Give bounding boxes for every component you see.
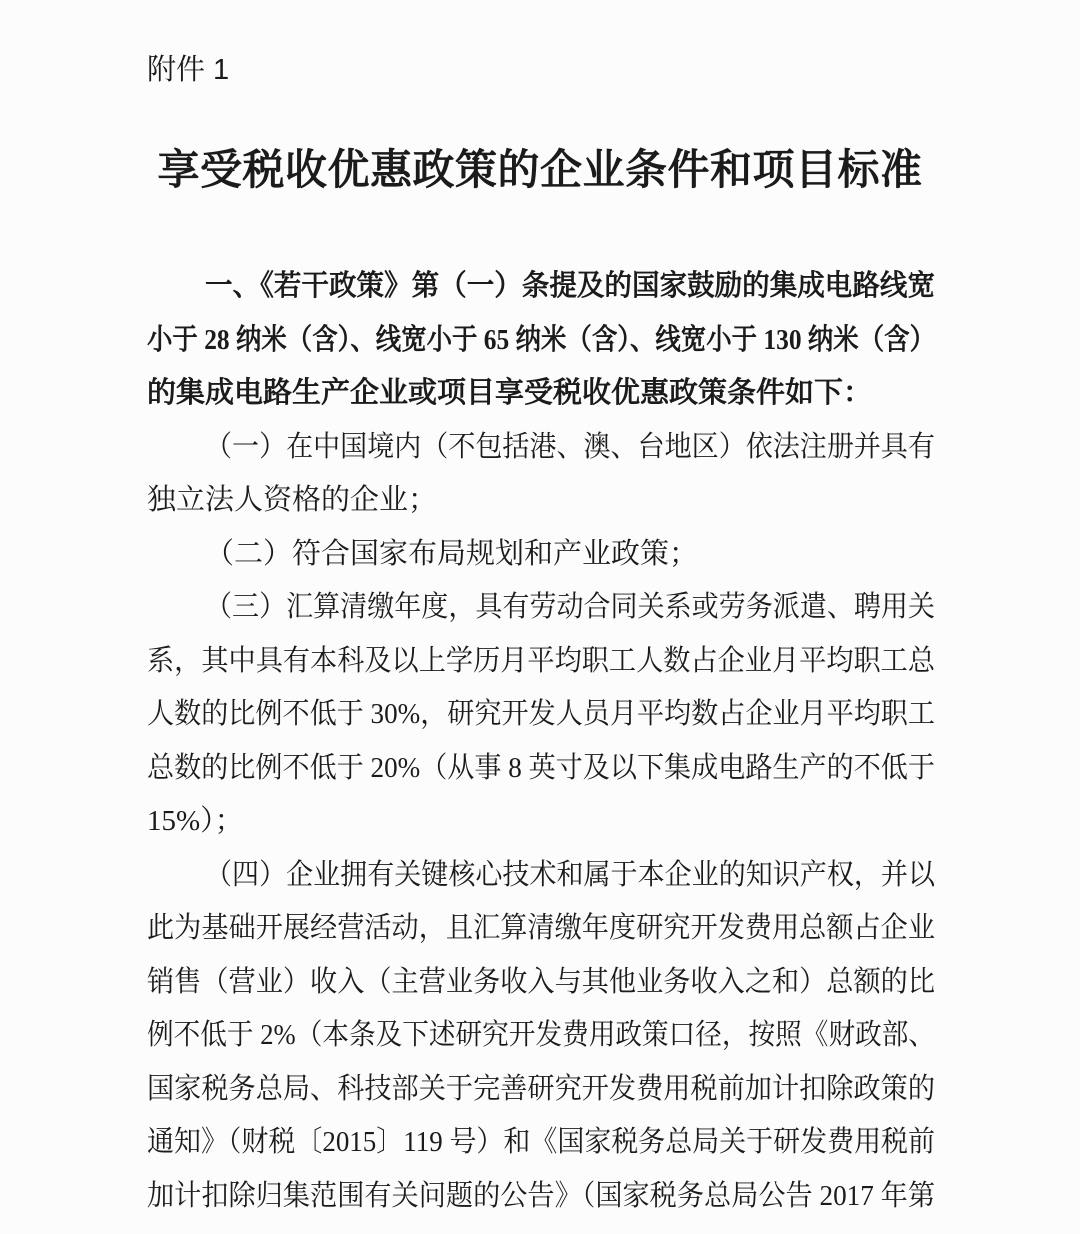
document-line: 小于 28 纳米（含）、线宽小于 65 纳米（含）、线宽小于 130 纳米（含） — [147, 314, 935, 368]
document-line: （二）符合国家布局规划和产业政策； — [147, 528, 935, 582]
document-line: 人数的比例不低于 30%，研究开发人员月平均数占企业月平均职工 — [147, 688, 935, 742]
document-line: 系，其中具有本科及以上学历月平均职工人数占企业月平均职工总 — [147, 635, 935, 689]
document-line: 独立法人资格的企业； — [147, 474, 935, 528]
document-line: 销售（营业）收入（主营业务收入与其他业务收入之和）总额的比 — [147, 956, 935, 1010]
document-line: 国家税务总局、科技部关于完善研究开发费用税前加计扣除政策的 — [147, 1063, 935, 1117]
document-line: 例不低于 2%（本条及下述研究开发费用政策口径，按照《财政部、 — [147, 1009, 935, 1063]
document-line: 的集成电路生产企业或项目享受税收优惠政策条件如下： — [147, 367, 935, 421]
document-line: 加计扣除归集范围有关问题的公告》（国家税务总局公告 2017 年第 — [147, 1170, 935, 1224]
document-page: 附件 1 享受税收优惠政策的企业条件和项目标准 一、《若干政策》第（一）条提及的… — [0, 0, 1080, 1234]
document-line: 15%）； — [147, 795, 935, 849]
document-line: （四）企业拥有关键核心技术和属于本企业的知识产权，并以 — [147, 849, 935, 903]
document-body: 一、《若干政策》第（一）条提及的国家鼓励的集成电路线宽小于 28 纳米（含）、线… — [147, 260, 935, 1223]
document-line: 此为基础开展经营活动，且汇算清缴年度研究开发费用总额占企业 — [147, 902, 935, 956]
attachment-label: 附件 1 — [147, 53, 229, 87]
document-line: 总数的比例不低于 20%（从事 8 英寸及以下集成电路生产的不低于 — [147, 742, 935, 796]
page-title: 享受税收优惠政策的企业条件和项目标准 — [0, 146, 1080, 196]
document-line: （三）汇算清缴年度，具有劳动合同关系或劳务派遣、聘用关 — [147, 581, 935, 635]
document-line: 通知》（财税〔2015〕119 号）和《国家税务总局关于研发费用税前 — [147, 1116, 935, 1170]
document-line: 一、《若干政策》第（一）条提及的国家鼓励的集成电路线宽 — [147, 260, 935, 314]
document-line: （一）在中国境内（不包括港、澳、台地区）依法注册并具有 — [147, 421, 935, 475]
